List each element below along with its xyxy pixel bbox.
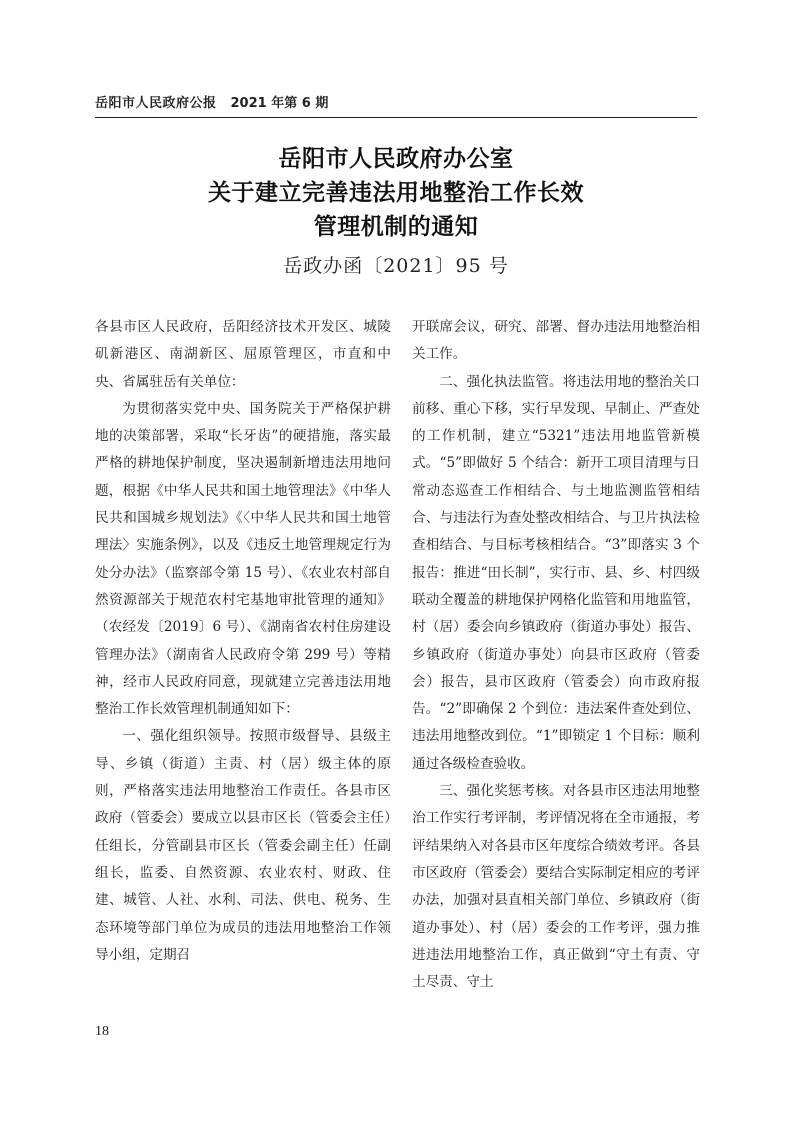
publication-name: 岳阳市人民政府公报 [95,96,217,111]
document-number: 岳政办函〔2021〕95 号 [95,252,697,280]
paragraph-preamble: 为贯彻落实党中央、国务院关于严格保护耕地的决策部署，采取“长牙齿”的硬措施，落实… [95,396,391,724]
running-header: 岳阳市人民政府公报2021 年第 6 期 [95,95,697,118]
paragraph-section-1-continued: 开联席会议，研究、部署、督办违法用地整治相关工作。 [412,314,700,369]
title-line-1: 岳阳市人民政府办公室 [95,142,697,176]
body-column-left: 各县市区人民政府，岳阳经济技术开发区、城陵矶新港区、南湖新区、屈原管理区，市直和… [95,314,391,969]
page-number: 18 [95,1024,109,1040]
title-line-3: 管理机制的通知 [95,210,697,244]
document-title: 岳阳市人民政府办公室 关于建立完善违法用地整治工作长效 管理机制的通知 [95,142,697,244]
title-line-2: 关于建立完善违法用地整治工作长效 [95,176,697,210]
paragraph-section-2: 二、强化执法监管。将违法用地的整治关口前移、重心下移，实行早发现、早制止、严查处… [412,369,700,778]
paragraph-section-1: 一、强化组织领导。按照市级督导、县级主导、乡镇（街道）主责、村（居）级主体的原则… [95,723,391,969]
paragraph-section-3: 三、强化奖惩考核。对各县市区违法用地整治工作实行考评制，考评情况将在全市通报，考… [412,778,700,996]
issue-number: 2021 年第 6 期 [231,96,329,111]
body-column-right: 开联席会议，研究、部署、督办违法用地整治相关工作。 二、强化执法监管。将违法用地… [412,314,700,996]
salutation: 各县市区人民政府，岳阳经济技术开发区、城陵矶新港区、南湖新区、屈原管理区，市直和… [95,314,391,396]
